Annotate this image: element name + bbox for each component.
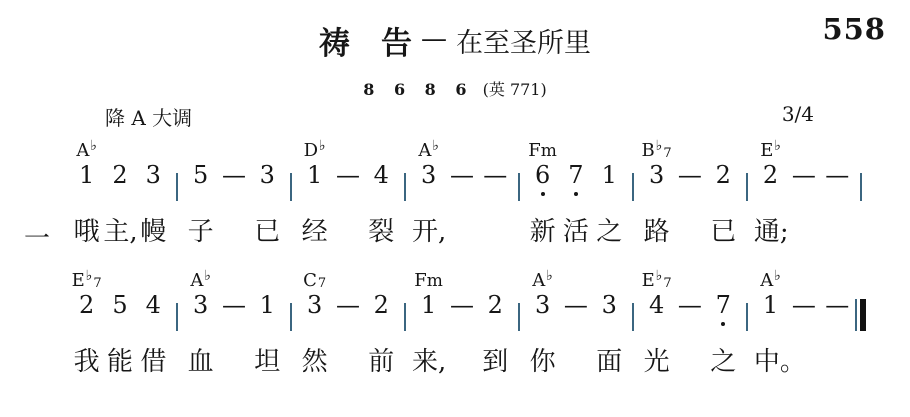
lyric-bar-spacer: [854, 216, 868, 250]
note-cell: 3: [593, 265, 626, 331]
extension-dash: —: [222, 290, 246, 320]
note-digit: 3: [260, 160, 275, 190]
note-digit: 4: [146, 290, 161, 320]
lyric-cell: [445, 216, 478, 250]
extension-dash: —: [222, 160, 246, 190]
lyric-cell: [331, 216, 364, 250]
octave-dot-slot: [479, 320, 512, 331]
lyric-bar-spacer: [170, 346, 184, 380]
extension-dash: —: [825, 160, 849, 190]
chord-label: A♭: [418, 135, 439, 160]
note-cell: 2: [479, 265, 512, 331]
lyric-bar-spacer: [740, 216, 754, 250]
note-cell: 4: [137, 265, 170, 331]
music-line-1: A♭1235—3D♭1—4A♭3——Fm671B♭73—2E♭2——: [70, 135, 868, 201]
barline: [170, 277, 184, 331]
lyric-cell: 面: [593, 346, 626, 380]
note-cell: 4: [365, 135, 398, 201]
chord-label: E♭7: [72, 265, 102, 290]
note-extension-cell: —: [331, 265, 364, 331]
note-extension-cell: —: [673, 135, 706, 201]
verse-number: 一: [24, 218, 50, 255]
lyric-bar-spacer: [284, 216, 298, 250]
chord-root: A: [418, 142, 431, 160]
final-bar-lines: [855, 299, 866, 331]
note-digit: 3: [193, 290, 208, 320]
lyric-bar-spacer: [398, 216, 412, 250]
note-digit: 2: [374, 290, 389, 320]
note-cell: A♭1: [754, 265, 787, 331]
barline: [512, 147, 526, 201]
hymn-page: 558 祷 告 — 在至圣所里 8 6 8 6 (英 771) 降 A 大调 3…: [0, 0, 910, 417]
octave-dot-slot: [526, 190, 559, 201]
lyric-bar-spacer: [626, 346, 640, 380]
lyric-cell: [787, 346, 820, 380]
chord-root: C: [303, 272, 317, 290]
lyric-cell: 来,: [412, 346, 445, 380]
octave-dot-slot: [412, 320, 445, 331]
lyric-cell: [479, 216, 512, 250]
octave-dot-slot: [103, 320, 136, 331]
chord-root: F: [414, 272, 427, 290]
chord-label: Fm: [414, 265, 443, 290]
lyric-cell: 裂: [365, 216, 398, 250]
chord-root: A: [532, 272, 545, 290]
title-row: 祷 告 — 在至圣所里: [0, 18, 910, 63]
barline: [854, 147, 868, 201]
octave-dot-slot: [445, 190, 478, 201]
note-cell: 2: [103, 135, 136, 201]
octave-dot-slot: [137, 320, 170, 331]
chord-root: A: [76, 142, 89, 160]
lyric-cell: 你: [526, 346, 559, 380]
low-octave-dot: [721, 322, 725, 326]
chord-label: D♭: [304, 135, 326, 160]
chord-minor: m: [427, 273, 443, 290]
chord-label: A♭: [760, 265, 781, 290]
flat-sign: ♭: [90, 139, 97, 153]
octave-dot-slot: [559, 190, 592, 201]
music-system-1: A♭1235—3D♭1—4A♭3——Fm671B♭73—2E♭2—— 一 哦主,…: [70, 135, 868, 250]
lyric-cell: 新: [526, 216, 559, 250]
octave-dot-slot: [707, 190, 740, 201]
octave-dot-slot: [251, 190, 284, 201]
chord-minor: m: [541, 143, 557, 160]
meter-row: 8 6 8 6 (英 771): [0, 77, 910, 100]
note-extension-cell: —: [217, 265, 250, 331]
octave-dot-slot: [673, 320, 706, 331]
note-cell: A♭3: [184, 265, 217, 331]
extension-dash: —: [792, 160, 816, 190]
chord-root: D: [304, 142, 318, 160]
octave-dot-slot: [593, 190, 626, 201]
note-extension-cell: —: [787, 135, 820, 201]
note-digit: 7: [568, 160, 583, 190]
lyric-cell: 开,: [412, 216, 445, 250]
lyric-cell: 幔: [137, 216, 170, 250]
chord-label: A♭: [76, 135, 97, 160]
note-digit: 4: [649, 290, 664, 320]
chord-label: B♭7: [642, 135, 672, 160]
chord-root: B: [642, 142, 655, 160]
lyric-cell: [673, 216, 706, 250]
octave-dot-slot: [412, 190, 445, 201]
note-cell: 2: [365, 265, 398, 331]
lyric-cell: 经: [298, 216, 331, 250]
barline: [170, 147, 184, 201]
hymn-subtitle: 在至圣所里: [456, 21, 591, 60]
octave-dot-slot: [217, 320, 250, 331]
octave-dot-slot: [821, 190, 854, 201]
key-signature: 降 A 大调: [105, 102, 192, 131]
octave-dot-slot: [217, 190, 250, 201]
note-extension-cell: —: [217, 135, 250, 201]
chord-root: E: [72, 272, 85, 290]
chord-root: A: [190, 272, 203, 290]
note-digit: 2: [79, 290, 94, 320]
chord-label: A♭: [190, 265, 211, 290]
barline: [284, 147, 298, 201]
lyric-cell: [821, 216, 854, 250]
note-digit: 1: [421, 290, 436, 320]
note-digit: 6: [535, 160, 550, 190]
flat-sign: ♭: [86, 269, 93, 283]
flat-sign: ♭: [319, 139, 326, 153]
note-digit: 5: [112, 290, 127, 320]
octave-dot-slot: [445, 320, 478, 331]
flat-sign: ♭: [774, 269, 781, 283]
extension-dash: —: [678, 160, 702, 190]
lyric-bar-spacer: [170, 216, 184, 250]
octave-dot-slot: [331, 320, 364, 331]
lyric-cell: 之: [707, 346, 740, 380]
lyric-cell: 能: [103, 346, 136, 380]
chord-root: F: [528, 142, 541, 160]
note-cell: E♭2: [754, 135, 787, 201]
note-cell: 3: [251, 135, 284, 201]
octave-dot-slot: [365, 190, 398, 201]
octave-dot-slot: [479, 190, 512, 201]
barline: [740, 277, 754, 331]
flat-sign: ♭: [656, 269, 663, 283]
note-extension-cell: —: [479, 135, 512, 201]
lyric-bar-spacer: [740, 346, 754, 380]
flat-sign: ♭: [774, 139, 781, 153]
music-line-2: E♭7254A♭3—1C73—2Fm1—2A♭3—3E♭74—7A♭1——: [70, 265, 868, 331]
lyric-bar-spacer: [398, 346, 412, 380]
lyric-cell: [217, 216, 250, 250]
lyric-cell: 已: [251, 216, 284, 250]
info-row: 降 A 大调 3/4: [0, 102, 910, 131]
music-system-2: E♭7254A♭3—1C73—2Fm1—2A♭3—3E♭74—7A♭1—— 我能…: [70, 265, 868, 380]
lyric-bar-spacer: [854, 346, 868, 380]
extension-dash: —: [792, 290, 816, 320]
flat-sign: ♭: [546, 269, 553, 283]
note-cell: Fm6: [526, 135, 559, 201]
note-cell: 7: [707, 265, 740, 331]
low-octave-dot: [541, 192, 545, 196]
final-barline: [854, 275, 868, 331]
note-digit: 3: [535, 290, 550, 320]
octave-dot-slot: [184, 320, 217, 331]
lyric-cell: 哦: [70, 216, 103, 250]
octave-dot-slot: [184, 190, 217, 201]
chord-label: C7: [303, 265, 326, 290]
lyric-bar-spacer: [512, 346, 526, 380]
chord-label: E♭7: [642, 265, 672, 290]
low-octave-dot: [574, 192, 578, 196]
note-digit: 7: [716, 290, 731, 320]
lyric-bar-spacer: [284, 346, 298, 380]
note-cell: A♭1: [70, 135, 103, 201]
extension-dash: —: [483, 160, 507, 190]
note-extension-cell: —: [821, 265, 854, 331]
lyric-cell: [787, 216, 820, 250]
note-digit: 2: [488, 290, 503, 320]
octave-dot-slot: [707, 320, 740, 331]
octave-dot-slot: [593, 320, 626, 331]
lyric-cell: 路: [640, 216, 673, 250]
note-cell: 3: [137, 135, 170, 201]
lyric-cell: 已: [707, 216, 740, 250]
extension-dash: —: [564, 290, 588, 320]
barline: [626, 147, 640, 201]
note-extension-cell: —: [331, 135, 364, 201]
note-extension-cell: —: [821, 135, 854, 201]
note-digit: 1: [602, 160, 617, 190]
lyric-cell: 活: [559, 216, 592, 250]
octave-dot-slot: [331, 190, 364, 201]
lyric-cell: [217, 346, 250, 380]
note-cell: 1: [251, 265, 284, 331]
barline: [398, 147, 412, 201]
octave-dot-slot: [787, 320, 820, 331]
lyric-cell: 前: [365, 346, 398, 380]
barline: [284, 277, 298, 331]
extension-dash: —: [450, 160, 474, 190]
title-dash: —: [421, 24, 447, 54]
octave-dot-slot: [298, 190, 331, 201]
lyric-cell: [559, 346, 592, 380]
lyric-cell: 血: [184, 346, 217, 380]
octave-dot-slot: [70, 190, 103, 201]
chord-root: A: [760, 272, 773, 290]
extension-dash: —: [450, 290, 474, 320]
note-cell: 7: [559, 135, 592, 201]
note-extension-cell: —: [445, 135, 478, 201]
note-cell: B♭73: [640, 135, 673, 201]
chord-label: E♭: [760, 135, 781, 160]
note-digit: 1: [763, 290, 778, 320]
note-cell: E♭72: [70, 265, 103, 331]
extension-dash: —: [336, 290, 360, 320]
octave-dot-slot: [70, 320, 103, 331]
octave-dot-slot: [103, 190, 136, 201]
octave-dot-slot: [640, 190, 673, 201]
lyric-cell: 借: [137, 346, 170, 380]
barline: [626, 277, 640, 331]
octave-dot-slot: [754, 190, 787, 201]
lyric-cell: 子: [184, 216, 217, 250]
note-digit: 1: [260, 290, 275, 320]
note-digit: 5: [193, 160, 208, 190]
lyric-bar-spacer: [512, 216, 526, 250]
note-extension-cell: —: [445, 265, 478, 331]
lyric-bar-spacer: [626, 216, 640, 250]
chord-seventh: 7: [663, 147, 671, 160]
note-cell: Fm1: [412, 265, 445, 331]
lyric-cell: [821, 346, 854, 380]
note-digit: 1: [79, 160, 94, 190]
octave-dot-slot: [251, 320, 284, 331]
flat-sign: ♭: [656, 139, 663, 153]
note-cell: A♭3: [412, 135, 445, 201]
chord-label: A♭: [532, 265, 553, 290]
note-extension-cell: —: [787, 265, 820, 331]
extension-dash: —: [825, 290, 849, 320]
note-digit: 2: [716, 160, 731, 190]
note-digit: 3: [649, 160, 664, 190]
chord-label: Fm: [528, 135, 557, 160]
lyric-cell: 我: [70, 346, 103, 380]
octave-dot-slot: [526, 320, 559, 331]
lyric-cell: 主,: [103, 216, 136, 250]
note-digit: 3: [146, 160, 161, 190]
chord-seventh: 7: [93, 277, 101, 290]
lyric-cell: 通;: [754, 216, 787, 250]
barline: [398, 277, 412, 331]
note-cell: A♭3: [526, 265, 559, 331]
note-digit: 4: [374, 160, 389, 190]
note-digit: 3: [307, 290, 322, 320]
lyric-cell: [331, 346, 364, 380]
time-signature: 3/4: [782, 102, 814, 131]
octave-dot-slot: [298, 320, 331, 331]
note-digit: 2: [763, 160, 778, 190]
lyric-cell: [673, 346, 706, 380]
note-cell: 2: [707, 135, 740, 201]
note-cell: E♭74: [640, 265, 673, 331]
lyric-cell: 中。: [754, 346, 787, 380]
lyric-cell: 到: [479, 346, 512, 380]
note-digit: 3: [421, 160, 436, 190]
note-extension-cell: —: [673, 265, 706, 331]
note-cell: D♭1: [298, 135, 331, 201]
lyric-line-1: 一 哦主,幔子已经裂开,新活之路已通;: [70, 216, 868, 250]
octave-dot-slot: [787, 190, 820, 201]
note-cell: 5: [184, 135, 217, 201]
note-extension-cell: —: [559, 265, 592, 331]
note-digit: 1: [307, 160, 322, 190]
chord-seventh: 7: [318, 277, 326, 290]
hymn-title: 祷 告: [319, 18, 412, 63]
lyric-line-2: 我能借血坦然前来,到你面光之中。: [70, 346, 868, 380]
note-cell: 1: [593, 135, 626, 201]
lyric-cell: 坦: [251, 346, 284, 380]
lyric-cell: [445, 346, 478, 380]
barline: [512, 277, 526, 331]
flat-sign: ♭: [204, 269, 211, 283]
note-digit: 2: [112, 160, 127, 190]
octave-dot-slot: [673, 190, 706, 201]
meter-numbers: 8 6 8 6: [363, 80, 473, 99]
extension-dash: —: [336, 160, 360, 190]
lyric-cell: 之: [593, 216, 626, 250]
barline: [740, 147, 754, 201]
octave-dot-slot: [754, 320, 787, 331]
note-cell: 5: [103, 265, 136, 331]
lyric-cell: 光: [640, 346, 673, 380]
flat-sign: ♭: [432, 139, 439, 153]
octave-dot-slot: [821, 320, 854, 331]
octave-dot-slot: [137, 190, 170, 201]
meter-reference: (英 771): [483, 80, 547, 99]
extension-dash: —: [678, 290, 702, 320]
note-cell: C73: [298, 265, 331, 331]
octave-dot-slot: [365, 320, 398, 331]
chord-root: E: [760, 142, 773, 160]
octave-dot-slot: [640, 320, 673, 331]
chord-root: E: [642, 272, 655, 290]
chord-seventh: 7: [663, 277, 671, 290]
lyric-cell: 然: [298, 346, 331, 380]
note-digit: 3: [602, 290, 617, 320]
octave-dot-slot: [559, 320, 592, 331]
